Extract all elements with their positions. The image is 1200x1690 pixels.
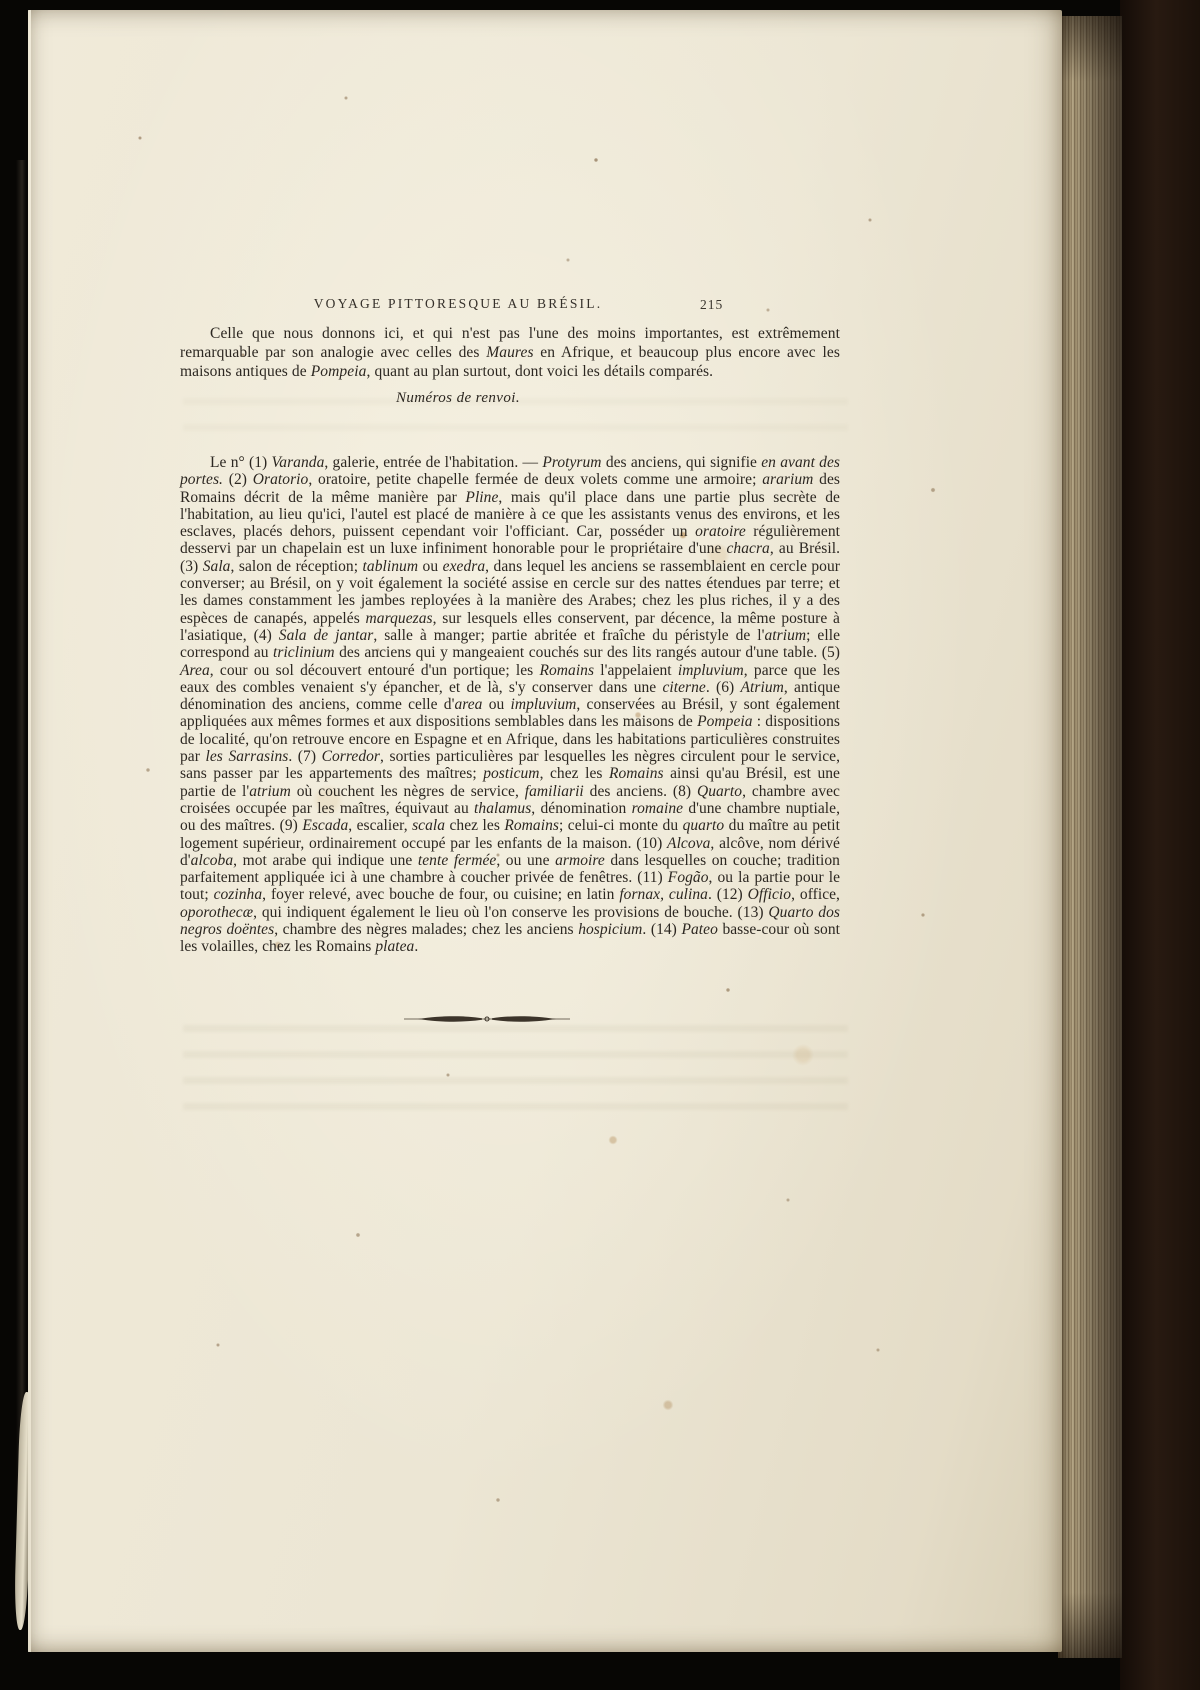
running-title: VOYAGE PITTORESQUE AU BRÉSIL. [314, 296, 603, 312]
reference-paragraph: Le n° (1) Varanda, galerie, entrée de l'… [180, 454, 840, 956]
binding-shadow [16, 160, 26, 1560]
page-number: 215 [700, 297, 723, 313]
page-header: VOYAGE PITTORESQUE AU BRÉSIL. 215 [180, 296, 840, 316]
section-heading: Numéros de renvoi. [180, 390, 736, 407]
intro-paragraph: Celle que nous donnons ici, et qui n'est… [180, 324, 840, 381]
spindle-rule-icon [402, 1013, 572, 1025]
divider-ornament [402, 1012, 572, 1030]
book-page: VOYAGE PITTORESQUE AU BRÉSIL. 215 Celle … [28, 10, 1062, 1652]
book-fore-edge-pages [1058, 16, 1122, 1658]
ink-bleedthrough [183, 1025, 848, 1117]
text-column: VOYAGE PITTORESQUE AU BRÉSIL. 215 Celle … [180, 296, 840, 1030]
scanned-book-photo: VOYAGE PITTORESQUE AU BRÉSIL. 215 Celle … [0, 0, 1200, 1690]
book-cover [1120, 0, 1200, 1690]
